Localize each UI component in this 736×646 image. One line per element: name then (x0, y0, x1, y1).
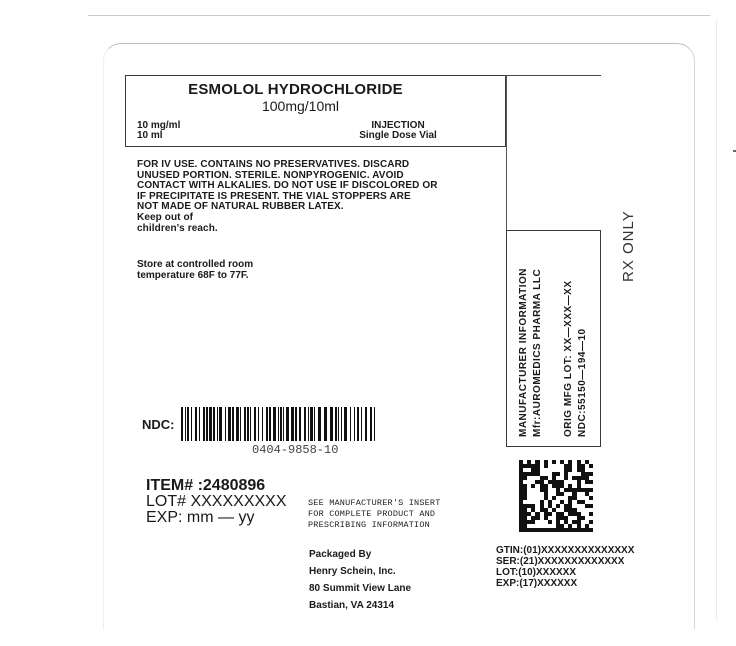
expiration: EXP: mm — yy (146, 510, 287, 526)
concentration: 10 mg/ml 10 ml (137, 121, 180, 141)
outer-paper-right-edge (716, 20, 717, 620)
ndc-label: NDC: (142, 417, 175, 432)
insert-note: SEE MANUFACTURER'S INSERT FOR COMPLETE P… (308, 498, 441, 531)
storage-line: Store at controlled room (137, 259, 337, 270)
item-number: ITEM# :2480896 (146, 478, 287, 494)
warning-line: FOR IV USE. CONTAINS NO PRESERVATIVES. D… (137, 160, 507, 171)
warning-line: children's reach. (137, 224, 507, 235)
product-title-box: ESMOLOL HYDROCHLORIDE 100mg/10ml 10 mg/m… (125, 75, 506, 147)
warnings-text: FOR IV USE. CONTAINS NO PRESERVATIVES. D… (137, 160, 507, 234)
storage-text: Store at controlled room temperature 68F… (137, 259, 337, 281)
outer-paper-edge (88, 15, 710, 16)
ndc-number: 0404-9858-10 (252, 443, 338, 457)
drug-name: ESMOLOL HYDROCHLORIDE (126, 81, 505, 98)
manufacturer-name: Mfr:AUROMEDICS PHARMA LLC (532, 269, 543, 437)
packager-heading: Packaged By (309, 546, 411, 563)
lot-number: LOT# XXXXXXXXX (146, 494, 287, 510)
packager-company: Henry Schein, Inc. (309, 563, 411, 580)
insert-note-line: PRESCRIBING INFORMATION (308, 520, 441, 531)
storage-line: temperature 68F to 77F. (137, 270, 337, 281)
insert-note-line: SEE MANUFACTURER'S INSERT (308, 498, 441, 509)
insert-note-line: FOR COMPLETE PRODUCT AND (308, 509, 441, 520)
gs1-lot: LOT:(10)XXXXXX (496, 567, 634, 578)
orig-mfg-lot: ORIG MFG LOT: XX—XXX—XX (563, 280, 574, 437)
manufacturer-heading: MANUFACTURER INFORMATION (518, 268, 529, 437)
volume: 10 ml (137, 131, 180, 141)
packager-info: Packaged By Henry Schein, Inc. 80 Summit… (309, 546, 411, 614)
gs1-exp: EXP:(17)XXXXXX (496, 578, 634, 589)
gs1-serial: SER:(21)XXXXXXXXXXXXX (496, 556, 634, 567)
drug-strength: 100mg/10ml (126, 98, 505, 114)
packager-city: Bastian, VA 24314 (309, 597, 411, 614)
datamatrix-code (519, 460, 593, 532)
ndc-barcode (181, 407, 378, 441)
packager-street: 80 Summit View Lane (309, 580, 411, 597)
rx-only: RX ONLY (620, 210, 637, 282)
gs1-data: GTIN:(01)XXXXXXXXXXXXXX SER:(21)XXXXXXXX… (496, 545, 634, 589)
divider-top-right (506, 75, 601, 76)
orig-ndc: NDC:55150—194—10 (577, 328, 588, 437)
gs1-gtin: GTIN:(01)XXXXXXXXXXXXXX (496, 545, 634, 556)
item-info: ITEM# :2480896 LOT# XXXXXXXXX EXP: mm — … (146, 478, 287, 526)
warning-line: Keep out of (137, 213, 507, 224)
vial-type: Single Dose Vial (338, 131, 458, 141)
dosage-form: INJECTION Single Dose Vial (338, 121, 458, 141)
manufacturer-info-box: MANUFACTURER INFORMATION Mfr:AUROMEDICS … (506, 230, 601, 447)
